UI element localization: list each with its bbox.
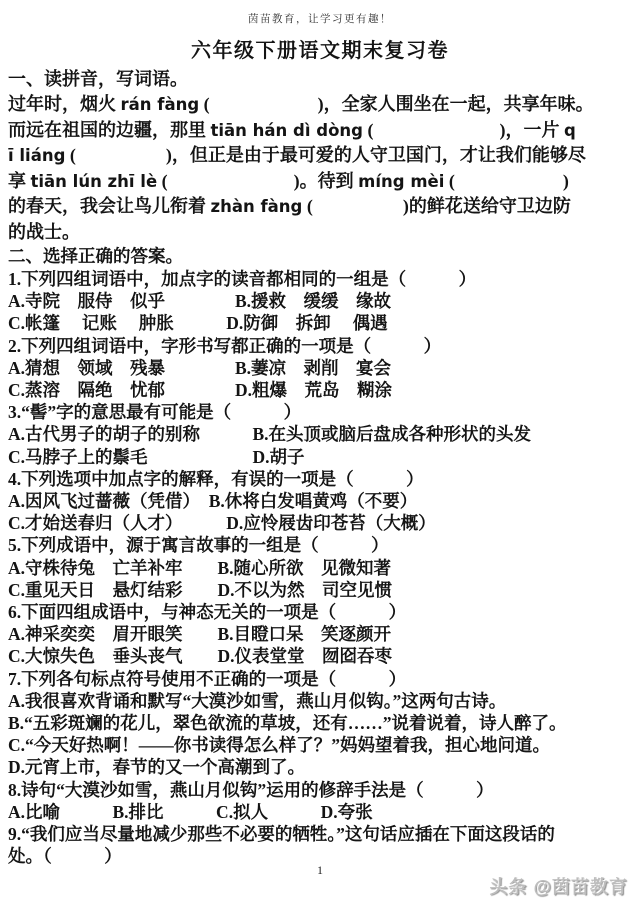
option-line: D.元宵上市，春节的又一个高潮到了。 (8, 756, 632, 778)
question-text: 3.“髻”字的意思最有可能是（ ） (8, 401, 632, 423)
option-line: C.马脖子上的鬃毛 D.胡子 (8, 446, 632, 468)
pinyin-ming-mei: míng mèi (358, 172, 444, 191)
paragraph-text: ( )。待到 (157, 171, 358, 191)
paragraph-line: 享 tiān lún zhī lè ( )。待到 míng mèi ( ) (8, 169, 632, 195)
paragraph-text: 的春天，我会让鸟儿衔着 (8, 196, 211, 216)
page-title: 六年级下册语文期末复习卷 (0, 34, 640, 63)
paragraph-text: 过年时，烟火 (8, 94, 121, 114)
question-text: 5.下列成语中，源于寓言故事的一组是（ ） (8, 534, 632, 556)
paragraph-line: ī liáng ( )，但正是由于最可爱的人守卫国门，才让我们能够尽 (8, 143, 632, 169)
pinyin-zhan-fang: zhàn fàng (211, 197, 303, 216)
paragraph-line: 的战士。 (8, 220, 632, 245)
pinyin-tian-lun-zhi-le: tiān lún zhī lè (31, 172, 158, 191)
exam-page: 茵苗教育，让学习更有趣！ 六年级下册语文期末复习卷 一、读拼音，写词语。 过年时… (0, 0, 640, 905)
pinyin-tian-han-di-dong: tiān hán dì dòng (211, 121, 363, 140)
option-line: C.大惊失色 垂头丧气 D.仪表堂堂 囫囵吞枣 (8, 645, 632, 667)
question-1: 1.下列四组词语中，加点字的读音都相同的一组是（ ） A.寺院 服侍 似乎 B.… (8, 268, 632, 335)
paragraph-line: 的春天，我会让鸟儿衔着 zhàn fàng ( )的鲜花送给守卫边防 (8, 194, 632, 220)
question-text: 1.下列四组词语中，加点字的读音都相同的一组是（ ） (8, 268, 632, 290)
section-multiple-choice: 二、选择正确的答案。 1.下列四组词语中，加点字的读音都相同的一组是（ ） A.… (0, 244, 640, 867)
question-6: 6.下面四组成语中，与神态无关的一项是（ ） A.神采奕奕 眉开眼笑 B.目瞪口… (8, 601, 632, 668)
paragraph-text: ( )，全家人围坐在一起，共享年味。 (199, 94, 594, 114)
question-text: 8.诗句“大漠沙如雪，燕山月似钩”运用的修辞手法是（ ） (8, 779, 632, 801)
option-line: A.因风飞过蔷薇（凭借） B.休将白发唱黄鸡（不要） (8, 490, 632, 512)
section2-heading: 二、选择正确的答案。 (8, 244, 632, 268)
option-line: A.我很喜欢背诵和默写“大漠沙如雪，燕山月似钩。”这两句古诗。 (8, 690, 632, 712)
question-7: 7.下列各句标点符号使用不正确的一项是（ ） A.我很喜欢背诵和默写“大漠沙如雪… (8, 668, 632, 779)
paragraph-text: 享 (8, 171, 31, 191)
question-9: 9.“我们应当尽量地减少那些不必要的牺牲。”这句话应插在下面这段话的 处。（ ） (8, 823, 632, 867)
section-pinyin: 一、读拼音，写词语。 过年时，烟火 rán fàng ( )，全家人围坐在一起，… (0, 66, 640, 244)
question-text: 4.下列选项中加点字的解释，有误的一项是（ ） (8, 468, 632, 490)
paragraph-text: 的战士。 (8, 222, 80, 242)
question-3: 3.“髻”字的意思最有可能是（ ） A.古代男子的胡子的别称 B.在头顶或脑后盘… (8, 401, 632, 468)
question-2: 2.下列四组词语中，字形书写都正确的一项是（ ） A.猜想 领域 残暴 B.萋凉… (8, 335, 632, 402)
toutiao-watermark: 头条 @茵苗教育 (489, 873, 628, 899)
question-text: 2.下列四组词语中，字形书写都正确的一项是（ ） (8, 335, 632, 357)
question-8: 8.诗句“大漠沙如雪，燕山月似钩”运用的修辞手法是（ ） A.比喻 B.排比 C… (8, 779, 632, 823)
pinyin-qi-liang-part1: q (564, 121, 576, 140)
question-4: 4.下列选项中加点字的解释，有误的一项是（ ） A.因风飞过蔷薇（凭借） B.休… (8, 468, 632, 535)
option-line: A.守株待兔 亡羊补牢 B.随心所欲 见微知著 (8, 557, 632, 579)
question-5: 5.下列成语中，源于寓言故事的一组是（ ） A.守株待兔 亡羊补牢 B.随心所欲… (8, 534, 632, 601)
question-text: 6.下面四组成语中，与神态无关的一项是（ ） (8, 601, 632, 623)
paragraph-text: ( )，但正是由于最可爱的人守卫国门，才让我们能够尽 (65, 145, 586, 165)
option-line: C.“今天好热啊！——你书读得怎么样了？”妈妈望着我，担心地问道。 (8, 734, 632, 756)
option-line: C.重见天日 悬灯结彩 D.不以为然 司空见惯 (8, 579, 632, 601)
option-line: B.“五彩斑斓的花儿，翠色欲流的草坡，还有……”说着说着，诗人醉了。 (8, 712, 632, 734)
section1-heading: 一、读拼音，写词语。 (8, 66, 632, 92)
question-text: 9.“我们应当尽量地减少那些不必要的牺牲。”这句话应插在下面这段话的 (8, 823, 632, 845)
pinyin-qi-liang-part2: ī liáng (8, 146, 65, 165)
option-line: C.帐篷 记账 肿胀 D.防御 拆卸 偶遇 (8, 312, 632, 334)
paragraph-text: 而远在祖国的边疆，那里 (8, 120, 211, 140)
option-line: C.才始送春归（人才） D.应怜屐齿印苍苔（大概） (8, 512, 632, 534)
option-line: A.神采奕奕 眉开眼笑 B.目瞪口呆 笑逐颜开 (8, 623, 632, 645)
paragraph-text: ( )的鲜花送给守卫边防 (302, 196, 571, 216)
pinyin-ran-fang: rán fàng (121, 95, 200, 114)
paragraph-line: 过年时，烟火 rán fàng ( )，全家人围坐在一起，共享年味。 (8, 92, 632, 118)
paragraph-line: 而远在祖国的边疆，那里 tiān hán dì dòng ( )，一片 q (8, 118, 632, 144)
option-line: A.寺院 服侍 似乎 B.援救 缓缓 缘故 (8, 290, 632, 312)
option-line: A.古代男子的胡子的别称 B.在头顶或脑后盘成各种形状的头发 (8, 423, 632, 445)
brand-header-note: 茵苗教育，让学习更有趣！ (0, 0, 640, 26)
paragraph-text: ( )，一片 (363, 120, 564, 140)
option-line: A.比喻 B.排比 C.拟人 D.夸张 (8, 801, 632, 823)
question-text: 7.下列各句标点符号使用不正确的一项是（ ） (8, 668, 632, 690)
option-line: A.猜想 领域 残暴 B.萋凉 剥削 宴会 (8, 357, 632, 379)
paragraph-text: ( ) (444, 171, 569, 191)
option-line: C.蒸溶 隔绝 忧郁 D.粗爆 荒岛 糊涂 (8, 379, 632, 401)
